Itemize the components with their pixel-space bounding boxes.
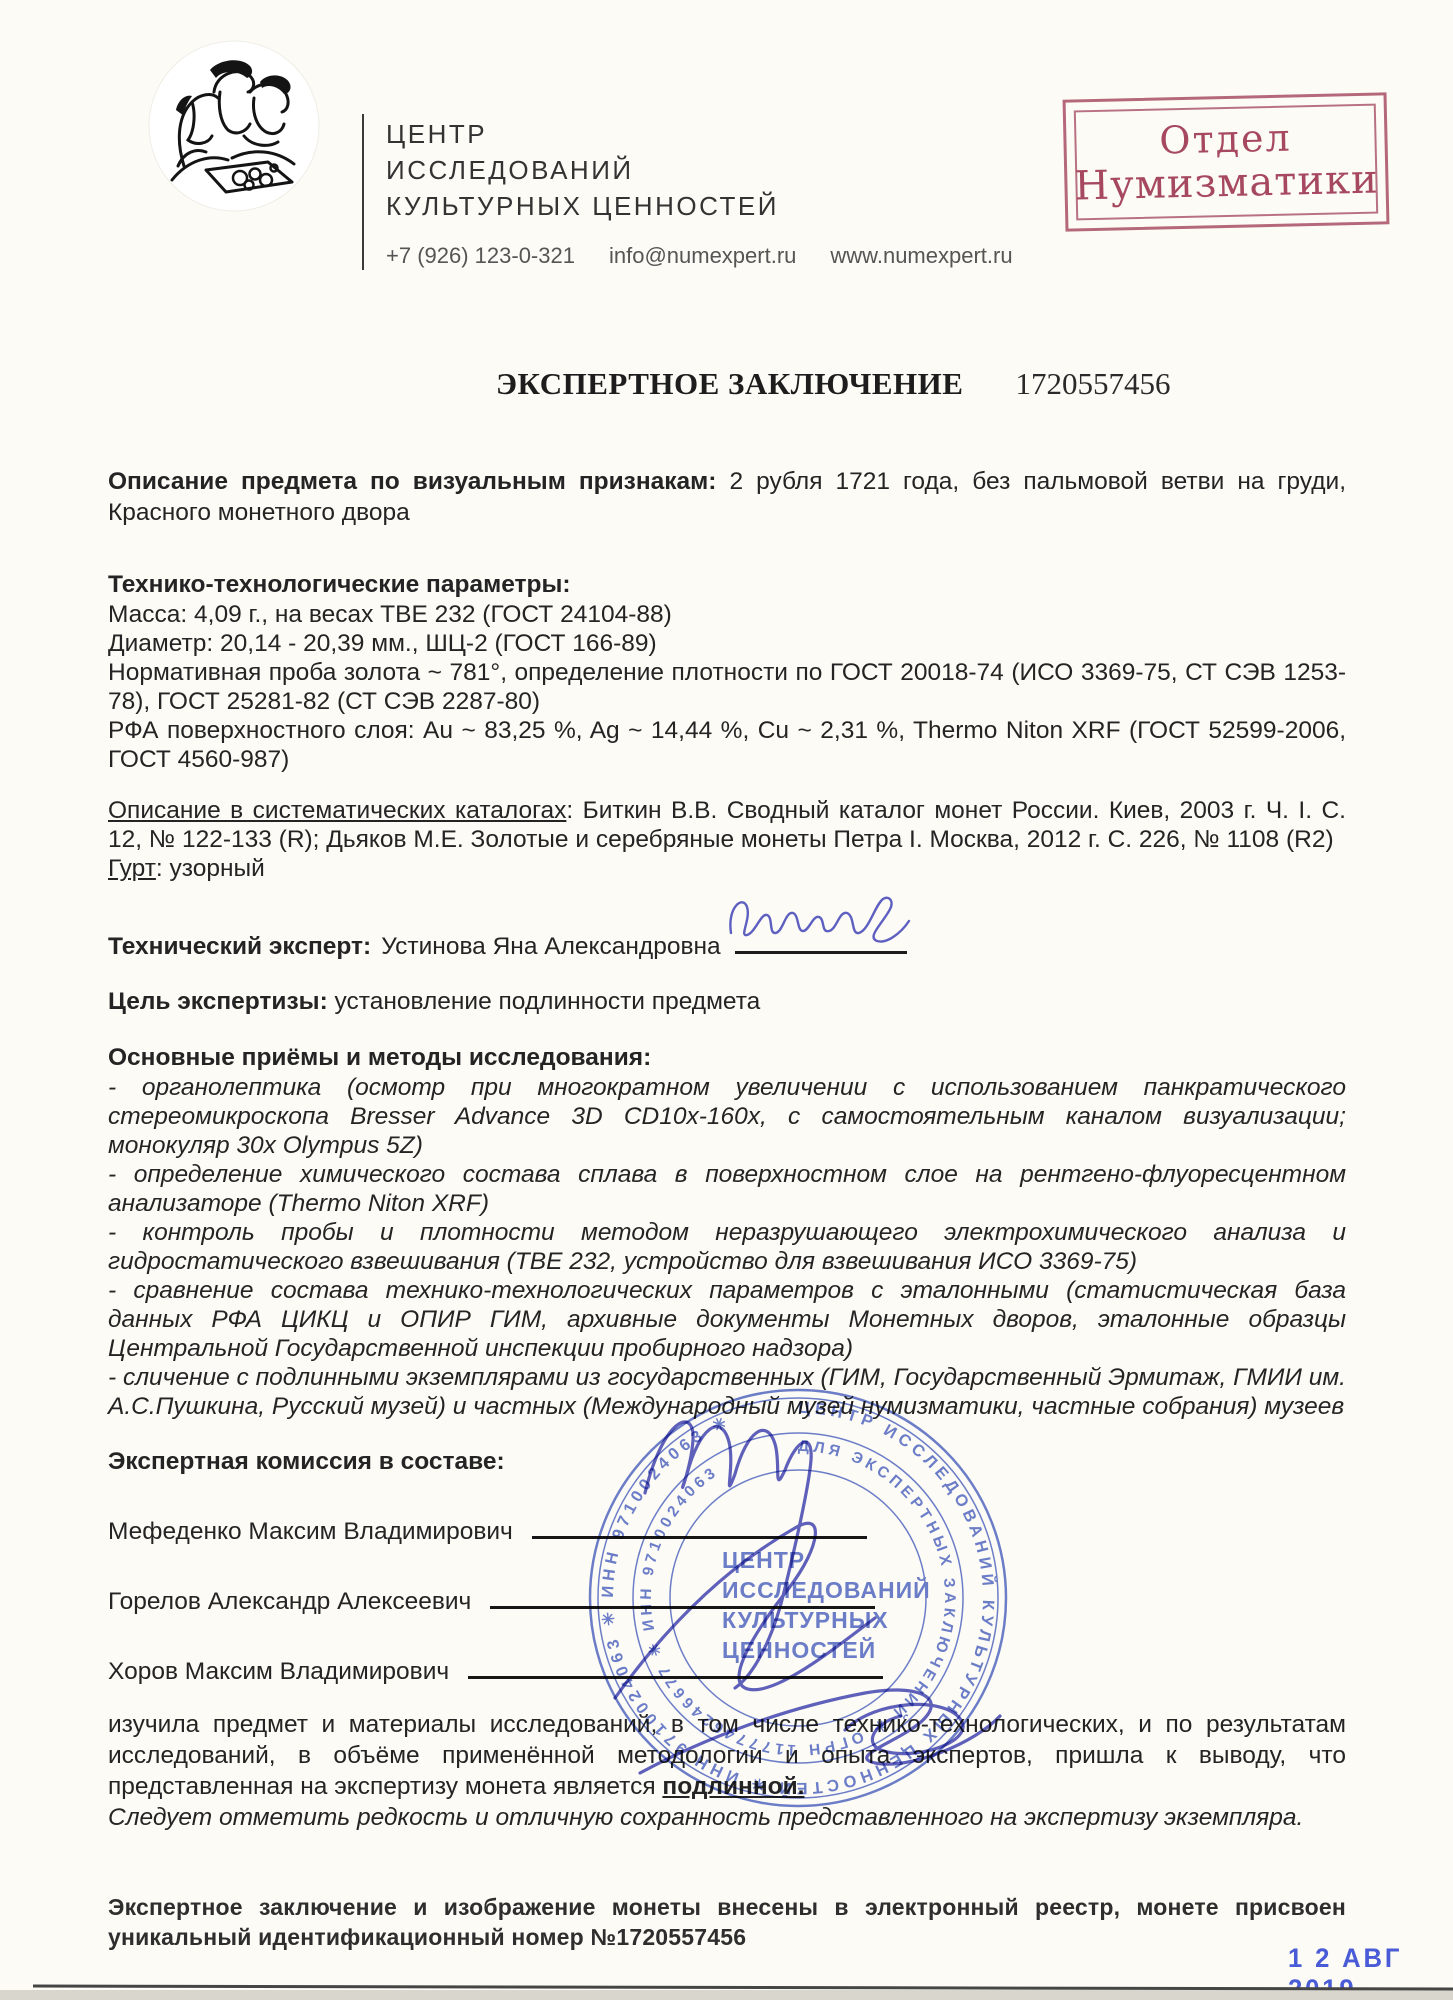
document-number: 1720557456	[1015, 366, 1170, 402]
catalogs-paragraph: Описание в систематических каталогах: Би…	[108, 796, 1346, 854]
tech-parameter-line: Масса: 4,09 г., на весах ТВЕ 232 (ГОСТ 2…	[108, 600, 1346, 629]
expert-conclusion-document: ЦЕНТР ИССЛЕДОВАНИЙ КУЛЬТУРНЫХ ЦЕННОСТЕЙ …	[0, 0, 1453, 2000]
document-body: ЭКСПЕРТНОЕ ЗАКЛЮЧЕНИЕ 1720557456 Описани…	[108, 0, 1346, 1952]
visual-description-lead: Описание предмета по визуальным признака…	[108, 468, 716, 495]
commission-member-row: Мефеденко Максим Владимирович	[108, 1510, 1346, 1547]
purpose-lead: Цель экспертизы:	[108, 988, 328, 1015]
method-item: - органолептика (осмотр при многократном…	[108, 1073, 1346, 1160]
commission-section: Экспертная комиссия в составе: Мефеденко…	[108, 1447, 1346, 1687]
document-title: ЭКСПЕРТНОЕ ЗАКЛЮЧЕНИЕ 1720557456	[496, 366, 1346, 402]
method-item: - сравнение состава технико-технологичес…	[108, 1276, 1346, 1363]
technical-expert-row: Технический эксперт: Устинова Яна Алекса…	[108, 917, 1346, 962]
technical-expert-signature-line	[735, 917, 907, 954]
methods-section: Основные приёмы и методы исследования: -…	[108, 1043, 1346, 1421]
commission-member-name: Хоров Максим Владимирович	[108, 1658, 449, 1685]
visual-description-paragraph: Описание предмета по визуальным признака…	[108, 466, 1346, 528]
method-item: - определение химического состава сплава…	[108, 1160, 1346, 1218]
commission-member-row: Горелов Александр Алексеевич	[108, 1580, 1346, 1617]
purpose-text: установление подлинности предмета	[328, 988, 761, 1015]
tech-parameter-line: РФА поверхностного слоя: Au ~ 83,25 %, A…	[108, 716, 1346, 774]
edge-paragraph: Гурт: узорный	[108, 854, 1346, 883]
rarity-note: Следует отметить редкость и отличную сох…	[108, 1802, 1346, 1834]
technical-expert-name: Устинова Яна Александровна	[381, 931, 720, 962]
signature-line	[532, 1510, 867, 1539]
edge-label: Гурт	[108, 855, 156, 882]
tech-parameter-line: Диаметр: 20,14 - 20,39 мм., ШЦ-2 (ГОСТ 1…	[108, 629, 1346, 658]
tech-parameters-section: Технико-технологические параметры: Масса…	[108, 570, 1346, 774]
signature-line	[468, 1650, 883, 1679]
methods-heading: Основные приёмы и методы исследования:	[108, 1043, 1346, 1073]
commission-member-row: Хоров Максим Владимирович	[108, 1650, 1346, 1687]
purpose-paragraph: Цель экспертизы: установление подлинност…	[108, 986, 1346, 1017]
method-item: - сличение с подлинными экземплярами из …	[108, 1363, 1346, 1421]
conclusion-paragraph: изучила предмет и материалы исследований…	[108, 1709, 1346, 1802]
ustinova-signature	[717, 885, 925, 957]
catalogs-lead: Описание в систематических каталогах	[108, 797, 566, 824]
method-item: - контроль пробы и плотности методом нер…	[108, 1218, 1346, 1276]
conclusion-verdict: подлинной.	[662, 1773, 804, 1800]
technical-expert-lead: Технический эксперт:	[108, 931, 371, 962]
commission-member-name: Мефеденко Максим Владимирович	[108, 1518, 513, 1545]
registry-note: Экспертное заключение и изображение моне…	[108, 1892, 1346, 1952]
tech-parameter-line: Нормативная проба золота ~ 781°, определ…	[108, 658, 1346, 716]
signature-line	[490, 1580, 875, 1609]
scan-edge-strip	[0, 1990, 1453, 2000]
commission-member-name: Горелов Александр Алексеевич	[108, 1588, 471, 1615]
document-title-label: ЭКСПЕРТНОЕ ЗАКЛЮЧЕНИЕ	[496, 366, 963, 402]
commission-heading: Экспертная комиссия в составе:	[108, 1447, 1346, 1477]
edge-value: : узорный	[156, 855, 265, 882]
tech-parameters-heading: Технико-технологические параметры:	[108, 570, 1346, 600]
